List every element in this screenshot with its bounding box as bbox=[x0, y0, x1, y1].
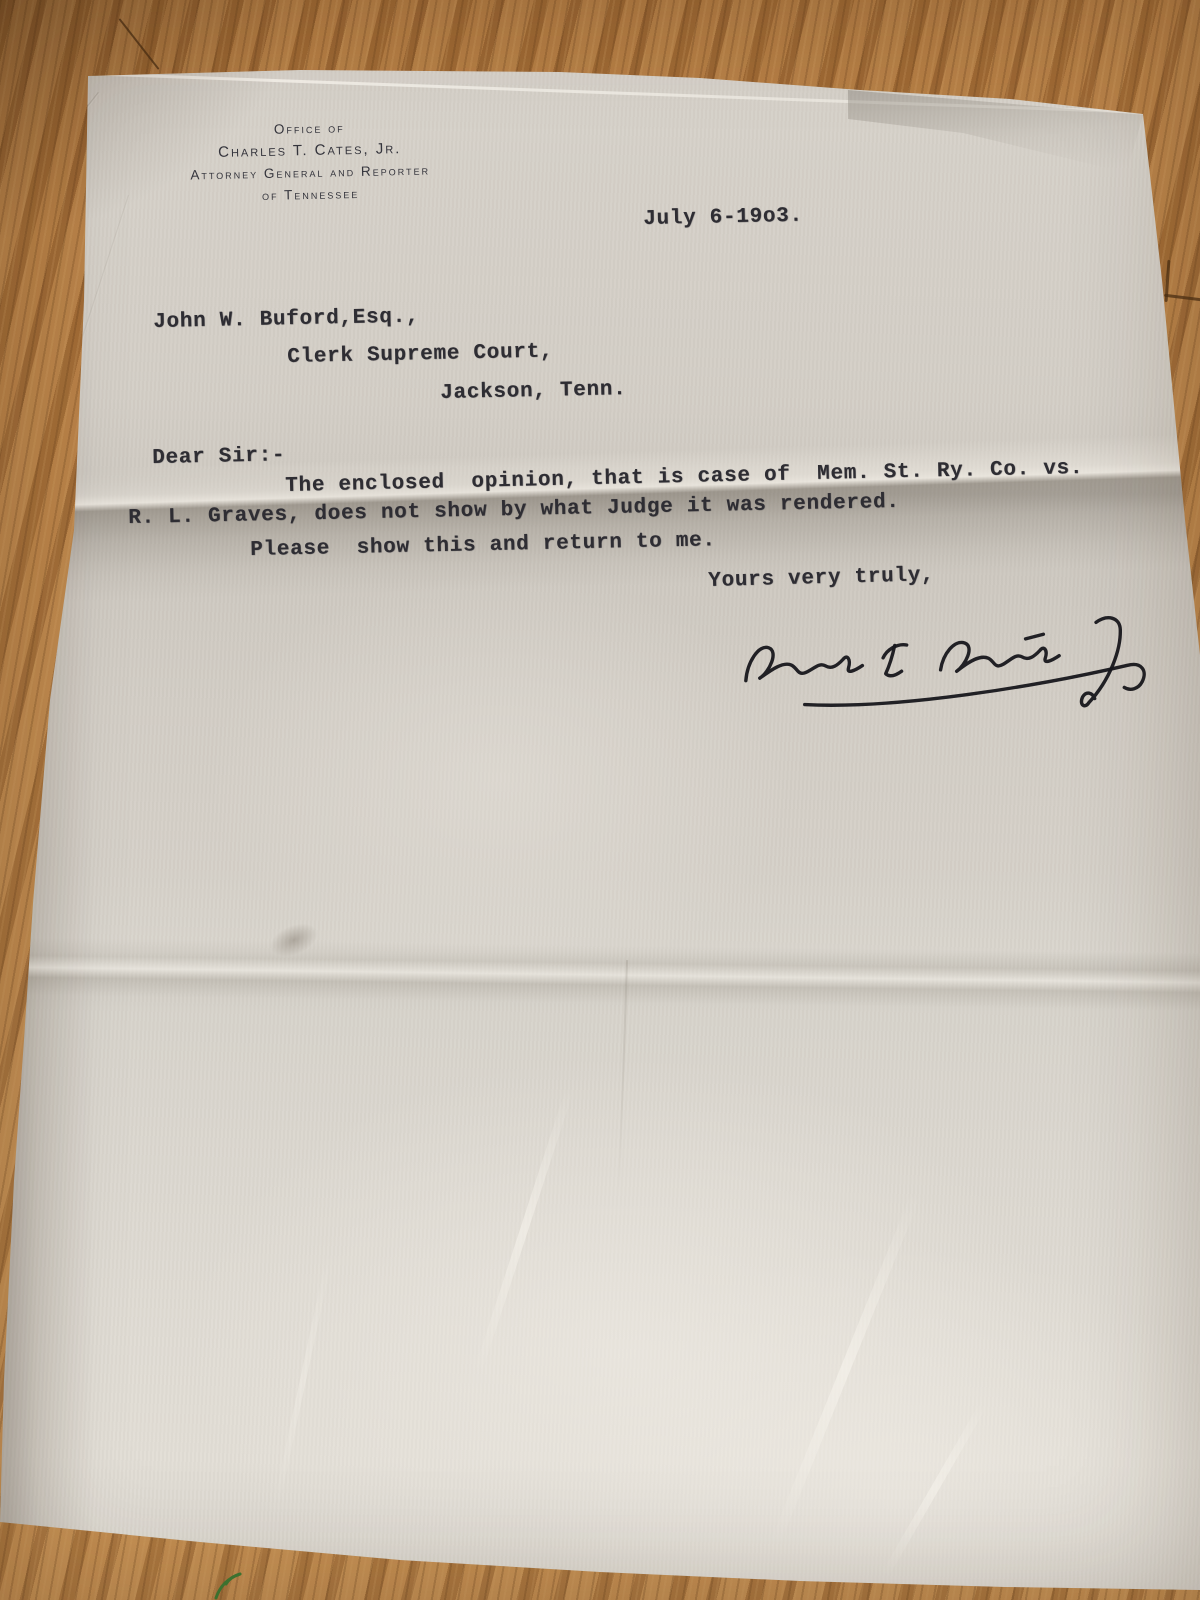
letter-date: July 6-19o3. bbox=[643, 206, 803, 230]
paper-vertical-crease bbox=[618, 960, 628, 1195]
recipient-title: Clerk Supreme Court, bbox=[287, 341, 553, 368]
paper-dimple bbox=[264, 916, 323, 963]
paper-wrinkle-streak bbox=[273, 1252, 333, 1508]
recipient-name: John W. Buford,Esq., bbox=[153, 306, 419, 333]
paper-wrinkle-streak bbox=[769, 1192, 921, 1548]
body-line-3: Please show this and return to me. bbox=[250, 530, 716, 561]
body-line-1: The enclosed opinion, that is case of Me… bbox=[285, 458, 1083, 497]
recipient-city: Jackson, Tenn. bbox=[440, 379, 627, 404]
letter-paper: Office of Charles T. Cates, Jr. Attorney… bbox=[0, 0, 1200, 1600]
photo-of-letter-on-table: Office of Charles T. Cates, Jr. Attorney… bbox=[0, 0, 1200, 1600]
letterhead: Office of Charles T. Cates, Jr. Attorney… bbox=[149, 115, 471, 210]
salutation: Dear Sir:- bbox=[152, 445, 285, 469]
paper-wrinkle-streak bbox=[474, 1086, 574, 1374]
paper-wrinkle-streak bbox=[881, 1401, 988, 1578]
paper-fold-crease-middle bbox=[0, 937, 1200, 1013]
wood-plank-seam bbox=[1164, 294, 1200, 302]
wood-plank-seam bbox=[119, 18, 160, 70]
body-line-2: R. L. Graves, does not show by what Judg… bbox=[128, 492, 900, 529]
signature-autograph: Charles T. Cates Jr. bbox=[733, 577, 1168, 730]
green-plant-sprig bbox=[210, 1568, 250, 1600]
